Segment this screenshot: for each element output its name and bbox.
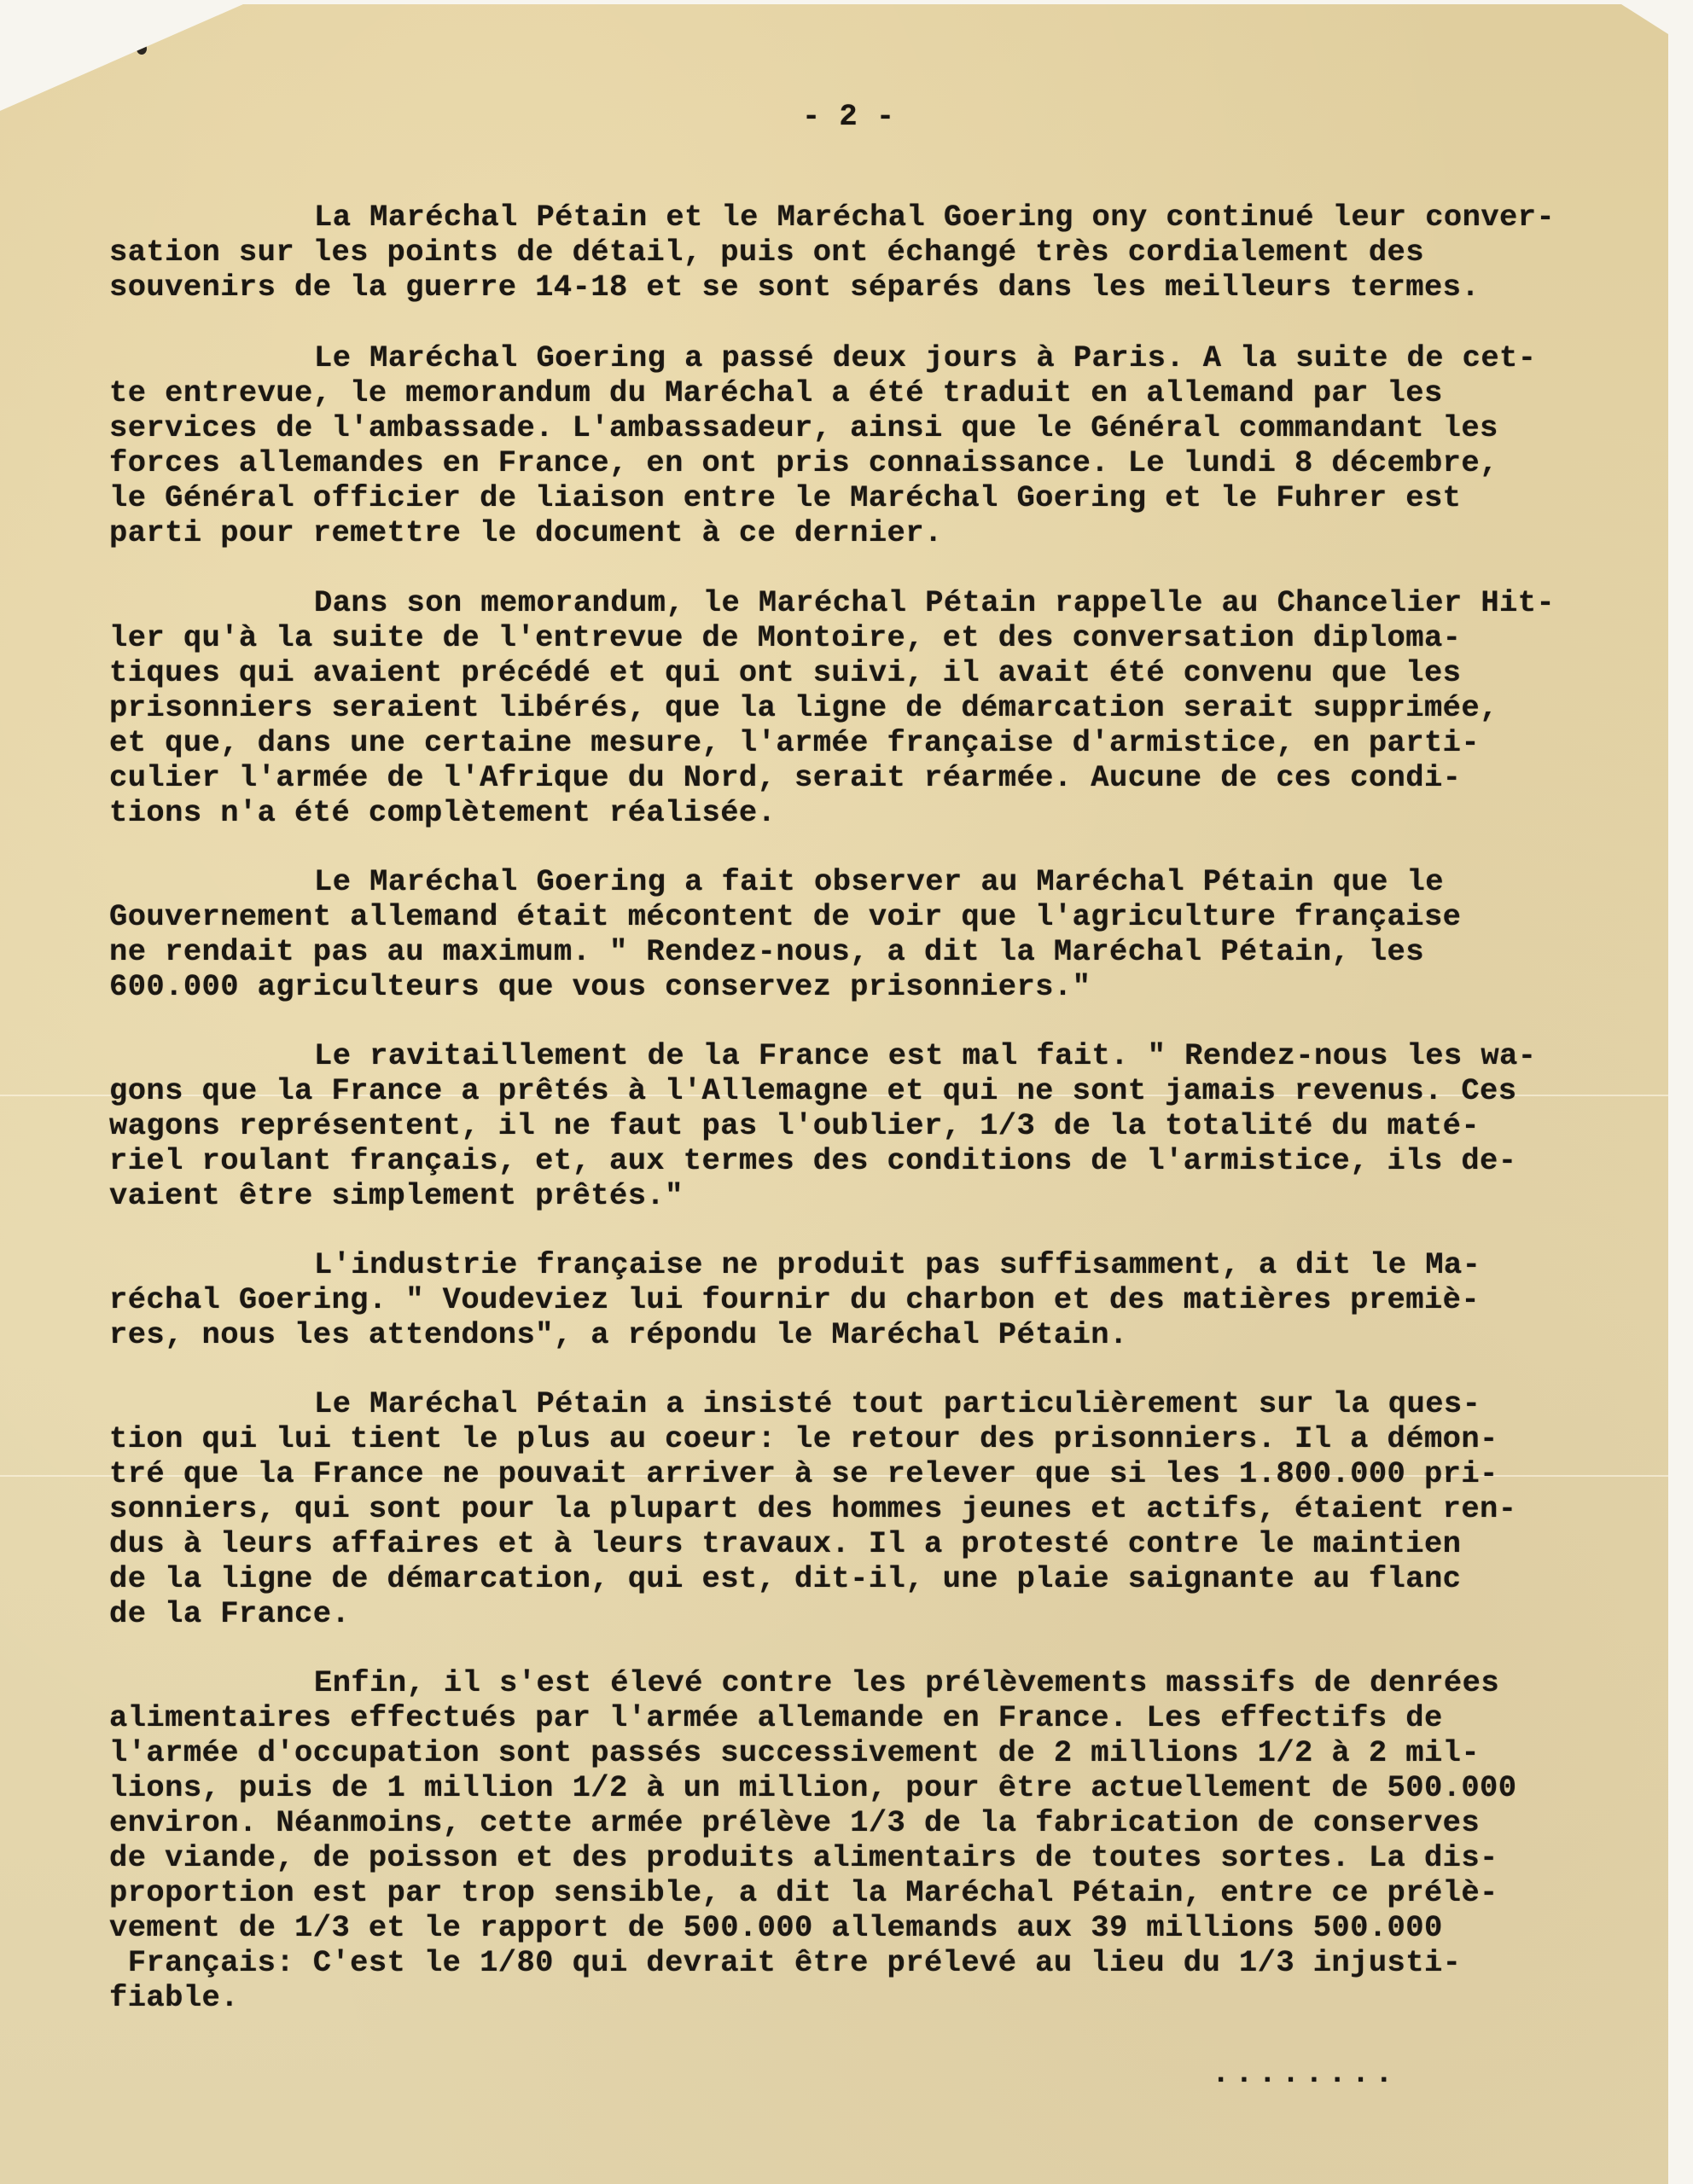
text-line: et que, dans une certaine mesure, l'armé…	[109, 725, 1480, 760]
text-line: Le Maréchal Goering a fait observer au M…	[314, 864, 1444, 899]
text-line: Français: C'est le 1/80 qui devrait être…	[109, 1945, 1461, 1980]
text-line: environ. Néanmoins, cette armée prélève …	[109, 1805, 1480, 1840]
text-line: fiable.	[109, 1980, 239, 2015]
folded-corner	[0, 0, 251, 56]
text-line: Le Maréchal Pétain a insisté tout partic…	[314, 1386, 1481, 1421]
text-line: de la ligne de démarcation, qui est, dit…	[109, 1561, 1461, 1596]
text-line: Le ravitaillement de la France est mal f…	[314, 1038, 1536, 1073]
text-line: souvenirs de la guerre 14-18 et se sont …	[109, 270, 1480, 305]
text-line: gons que la France a prêtés à l'Allemagn…	[109, 1073, 1516, 1108]
text-line: tions n'a été complètement réalisée.	[109, 795, 776, 830]
continuation-dots: ........	[1212, 2056, 1398, 2091]
text-line: le Général officier de liaison entre le …	[109, 480, 1461, 515]
text-line: La Maréchal Pétain et le Maréchal Goerin…	[314, 200, 1555, 235]
staple-hole-icon	[137, 43, 147, 55]
text-line: l'armée d'occupation sont passés success…	[109, 1735, 1480, 1770]
text-line: sation sur les points de détail, puis on…	[109, 235, 1424, 270]
text-line: services de l'ambassade. L'ambassadeur, …	[109, 410, 1498, 445]
text-line: Dans son memorandum, le Maréchal Pétain …	[314, 585, 1555, 620]
text-line: dus à leurs affaires et à leurs travaux.…	[109, 1526, 1461, 1561]
text-line: sonniers, qui sont pour la plupart des h…	[109, 1491, 1516, 1526]
text-line: vement de 1/3 et le rapport de 500.000 a…	[109, 1910, 1443, 1945]
text-line: riel roulant français, et, aux termes de…	[109, 1143, 1516, 1178]
text-line: lions, puis de 1 million 1/2 à un millio…	[109, 1770, 1516, 1805]
text-line: tiques qui avaient précédé et qui ont su…	[109, 655, 1461, 690]
text-line: prisonniers seraient libérés, que la lig…	[109, 690, 1498, 725]
text-line: Le Maréchal Goering a passé deux jours à…	[314, 340, 1536, 375]
text-line: de viande, de poisson et des produits al…	[109, 1840, 1498, 1875]
text-line: ler qu'à la suite de l'entrevue de Monto…	[109, 620, 1461, 655]
text-line: tré que la France ne pouvait arriver à s…	[109, 1456, 1498, 1491]
text-line: forces allemandes en France, en ont pris…	[109, 445, 1498, 480]
text-line: tion qui lui tient le plus au coeur: le …	[109, 1421, 1498, 1456]
text-line: wagons représentent, il ne faut pas l'ou…	[109, 1108, 1480, 1143]
text-line: proportion est par trop sensible, a dit …	[109, 1875, 1498, 1910]
page-number: - 2 -	[802, 99, 895, 134]
text-line: te entrevue, le memorandum du Maréchal a…	[109, 375, 1443, 410]
text-line: 600.000 agriculteurs que vous conservez …	[109, 969, 1091, 1004]
text-line: L'industrie française ne produit pas suf…	[314, 1247, 1481, 1282]
text-line: réchal Goering. " Voudeviez lui fournir …	[109, 1282, 1480, 1317]
text-line: vaient être simplement prêtés."	[109, 1178, 684, 1213]
text-line: parti pour remettre le document à ce der…	[109, 515, 943, 550]
text-line: Enfin, il s'est élevé contre les prélève…	[314, 1665, 1499, 1700]
text-line: alimentaires effectués par l'armée allem…	[109, 1700, 1443, 1735]
text-line: de la France.	[109, 1596, 350, 1631]
text-line: res, nous les attendons", a répondu le M…	[109, 1317, 1128, 1352]
text-line: Gouvernement allemand était mécontent de…	[109, 899, 1461, 934]
text-line: culier l'armée de l'Afrique du Nord, ser…	[109, 760, 1461, 795]
document-page: - 2 - La Maréchal Pétain et le Maréchal …	[0, 0, 1668, 2184]
text-line: ne rendait pas au maximum. " Rendez-nous…	[109, 934, 1424, 969]
